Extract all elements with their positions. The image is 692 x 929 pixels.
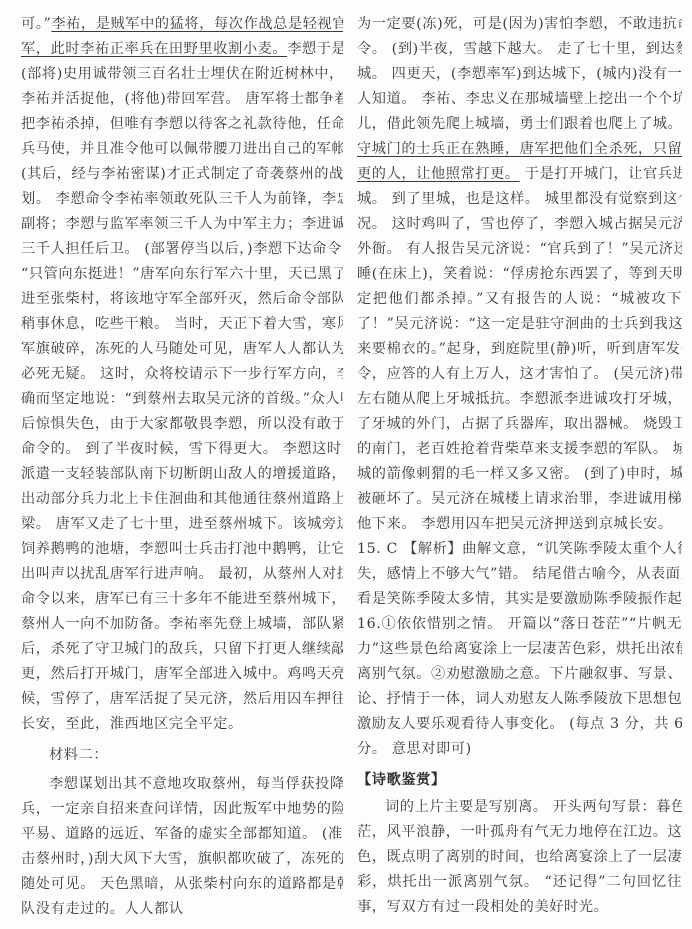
text-span: 况。 这时鸡叫了，雪也停了，李愬入城占据吴元济的 [357, 216, 682, 232]
text-span: 划。 李愬命令李祐率领敢死队三千人为前锋，李忠义为 [21, 191, 343, 207]
translation-line: 三千人担任后卫。 (部署停当以后，)李愬下达命令说： [21, 237, 343, 262]
answer-line: 定把他们都杀掉。”又有报告的人说：“城被攻下 [357, 287, 682, 312]
translation-line: 可。”李祐，是贼军中的猛将，每次作战总是轻视官 [21, 12, 343, 37]
translation-line: 命令的。 到了半夜时候，雪下得更大。 李愬这时一面 [21, 437, 343, 462]
underlined-text: 更的人，让他照常打更。 [357, 166, 520, 182]
text-span: 色，既点明了离别的时间，也给离宴涂上了一层凄苦色 [357, 849, 682, 865]
text-span: 了！”吴元济说：“这一定是驻守洄曲的士兵到我这里 [357, 316, 682, 332]
text-span: 左右随从爬上牙城抵抗。李愬派李进诚攻打牙城，砸烂 [357, 391, 682, 407]
answer-line: 为一定要(冻)死，可是(因为)害怕李愬，不敢违抗命 [357, 12, 682, 37]
answer-line: 离别气氛。②劝慰激励之意。下片融叙事、写景、议 [357, 662, 682, 687]
text-span: 了牙城的外门，占据了兵器库，取出器械。 烧毁卫城 [357, 416, 682, 432]
translation-line: 蔡州人一向不加防备。李祐率先登上城墙，部队紧随其 [21, 612, 343, 637]
translation-line: 梁。 唐军又走了七十里，进至蔡州城下。该城旁边都是 [21, 512, 343, 537]
translation-line: 军，此时李祐正率兵在田野里收割小麦。李愬于是派遣 [21, 37, 343, 62]
text-span: 儿，借此领先爬上城墙，勇士们跟着也爬上了城。 [357, 116, 682, 132]
text-span: 于是打开城门，让官兵进 [520, 166, 682, 182]
text-span: (其后，经与李祐密谋)才正式制定了奇袭蔡州的战略计 [21, 166, 343, 182]
translation-line: 副将；李愬与监军率领三千人为中军主力；李进诚率领 [21, 212, 343, 237]
text-span: 蔡州人一向不加防备。李祐率先登上城墙，部队紧随其 [21, 616, 343, 632]
answer-line: 被砸坏了。吴元济在城楼上请求治罪，李进诚用梯子引 [357, 487, 682, 512]
translation-line: 后，杀死了守卫城门的敌兵，只留下打更人继续敲梆报 [21, 637, 343, 662]
answer-line: 更的人，让他照常打更。 于是打开城门，让官兵进 [357, 162, 682, 187]
text-span: 确而坚定地说：“到蔡州去取吴元济的首级。”众人听 [21, 391, 343, 407]
text-span: 击蔡州时，)刮大风下大雪，旗帜都吹破了，冻死的人马 [21, 851, 343, 867]
text-span: 李祐并活捉他，(将他)带回军营。 唐军将士都争着请求 [21, 91, 343, 107]
answer-line: 15. C 【解析】曲解文意，“讥笑陈季陵太重个人得 [357, 537, 682, 562]
material-two-line: 兵，一定亲自招来查问详情，因此叛军中地势的险要和 [21, 797, 343, 822]
material-two-line: 队没有走过的。人人都认 [21, 897, 343, 922]
text-span: 彩，烘托出一派离别气氛。 “还记得”二句回忆往 [357, 874, 682, 890]
text-span: 饲养鹅鸭的池塘，李愬叫士兵击打池中鹅鸭，让它们发 [21, 541, 343, 557]
text-span: (部将)史用诚带领三百名壮士埋伏在附近树林中，引诱 [21, 66, 343, 82]
text-span: 长安，至此，淮西地区完全平定。 [21, 716, 243, 732]
translation-line: 饲养鹅鸭的池塘，李愬叫士兵击打池中鹅鸭，让它们发 [21, 537, 343, 562]
translation-line: 划。 李愬命令李祐率领敢死队三千人为前锋，李忠义为 [21, 187, 343, 212]
material-two-line: 随处可见。 天色黑暗，从张柴村向东的道路都是朝廷军 [21, 872, 343, 897]
translation-line: 长安，至此，淮西地区完全平定。 [21, 712, 343, 737]
text-span: 被砸坏了。吴元济在城楼上请求治罪，李进诚用梯子引 [357, 491, 682, 507]
translation-line: 稍事休息，吃些干粮。 当时，天正下着大雪，寒风刮得 [21, 312, 343, 337]
translation-line: 更，然后打开城门，唐军全部进入城中。鸡鸣天亮时 [21, 662, 343, 687]
text-span: 论、抒情于一体，词人劝慰友人陈季陵放下思想包袱， [357, 691, 682, 707]
text-span: 定把他们都杀掉。”又有报告的人说：“城被攻下 [357, 291, 682, 307]
material-two-line: 李愬谋划出其不意地攻取蔡州，每当俘获投降的士 [21, 772, 343, 797]
appreciation-line: 词的上片主要是写别离。 开头两句写景：暮色苍 [357, 795, 682, 820]
text-span: 词的上片主要是写别离。 开头两句写景：暮色苍 [385, 799, 682, 815]
text-span: 后，杀死了守卫城门的敌兵，只留下打更人继续敲梆报 [21, 641, 343, 657]
text-span: “只管向东挺进！”唐军向东行军六十里，天已黑了， [21, 266, 343, 282]
translation-line: 派遣一支轻装部队南下切断朗山敌人的增援道路， 一面 [21, 462, 343, 487]
text-span: 梁。 唐军又走了七十里，进至蔡州城下。该城旁边都是 [21, 516, 343, 532]
answer-line: 激励友人要乐观看待人事变化。 (每点 3 分，共 6 [357, 712, 682, 737]
text-span: 随处可见。 天色黑暗，从张柴村向东的道路都是朝廷军 [21, 876, 343, 892]
translation-line: 把李祐杀掉，但唯有李愬以待客之礼款待他，任命他为 [21, 112, 343, 137]
appreciation-line: 事，写双方有过一段相处的美好时光。 [357, 895, 682, 920]
text-span: 队没有走过的。人人都认 [21, 901, 184, 917]
text-span: 激励友人要乐观看待人事变化。 (每点 3 分，共 6 [357, 716, 682, 732]
translation-line: 出叫声以扰乱唐军行进声响。 最初，从蔡州人对抗朝廷 [21, 562, 343, 587]
right-column: 为一定要(冻)死，可是(因为)害怕李愬，不敢违抗命令。 (到)半夜，雪越下越大。… [357, 12, 682, 920]
text-span: 城。 到了里城，也是这样。 城里都没有觉察到这个情 [357, 191, 682, 207]
underlined-text: 李祐，是贼军中的猛将，每次作战总是轻视官 [51, 16, 343, 32]
text-span: 出叫声以扰乱唐军行进声响。 最初，从蔡州人对抗朝廷 [21, 566, 343, 582]
text-span: 分。 意思对即可) [357, 741, 472, 757]
text-span: 候，雪停了，唐军活捉了吴元济，然后用囚车押往京城 [21, 691, 343, 707]
text-span: 令。 (到)半夜，雪越下越大。 走了七十里，到达蔡州 [357, 41, 682, 57]
translation-line: 进至张柴村，将该地守军全部歼灭，然后命令部队就地 [21, 287, 343, 312]
text-span: 15. C 【解析】曲解文意，“讥笑陈季陵太重个人得 [357, 541, 682, 557]
text-span: 兵，一定亲自招来查问详情，因此叛军中地势的险要和 [21, 801, 343, 817]
text-span: 平易、道路的远近、军备的虚实全部都知道。 (准备袭 [21, 826, 343, 842]
text-span: 事，写双方有过一段相处的美好时光。 [357, 899, 608, 915]
text-span: 城。 四更天，(李愬率军)到达城下，(城内)没有一个 [357, 66, 682, 82]
text-span: 李愬于是派遣 [287, 41, 343, 57]
appreciation-line: 彩，烘托出一派离别气氛。 “还记得”二句回忆往 [357, 870, 682, 895]
answer-line: 儿，借此领先爬上城墙，勇士们跟着也爬上了城。 看 [357, 112, 682, 137]
translation-line: 必死无疑。 这时，众将校请示下一步行军方向，李愬明 [21, 362, 343, 387]
text-span: 失，感情上不够大气”错。 结尾借古喻今，从表面上 [357, 566, 682, 582]
text-span: 茫，风平浪静，一叶孤舟有气无力地停在江边。这些景 [357, 824, 682, 840]
text-span: 城的箭像刺猬的毛一样又多又密。 (到了)申时，城门 [357, 466, 682, 482]
appreciation-line: 茫，风平浪静，一叶孤舟有气无力地停在江边。这些景 [357, 820, 682, 845]
answer-line: 分。 意思对即可) [357, 737, 682, 762]
translation-line: “只管向东挺进！”唐军向东行军六十里，天已黑了， [21, 262, 343, 287]
text-span: 必死无疑。 这时，众将校请示下一步行军方向，李愬明 [21, 366, 343, 382]
answer-line: 论、抒情于一体，词人劝慰友人陈季陵放下思想包袱， [357, 687, 682, 712]
text-span: 派遣一支轻装部队南下切断朗山敌人的增援道路， 一面 [21, 466, 343, 482]
answer-line: 守城门的士兵正在熟睡，唐军把他们全杀死，只留下打 [357, 137, 682, 162]
text-span: 睡(在床上)，笑着说：“俘虏抢东西罢了，等到天明一 [357, 266, 682, 282]
answer-line: 令，应答的人有上万人，这才害怕了。 (吴元济)带领 [357, 362, 682, 387]
answer-line: 了！”吴元济说：“这一定是驻守洄曲的士兵到我这里 [357, 312, 682, 337]
answer-line: 左右随从爬上牙城抵抗。李愬派李进诚攻打牙城，砸烂 [357, 387, 682, 412]
translation-line: 军旗破碎，冻死的人马随处可见，唐军人人都认为此番 [21, 337, 343, 362]
text-span: 16.①依依惜别之情。 开篇以“落日苍茫”“片帆无 [357, 616, 682, 632]
translation-line: (其后，经与李祐密谋)才正式制定了奇袭蔡州的战略计 [21, 162, 343, 187]
text-span: 出动部分兵力北上卡住洄曲和其他通往蔡州道路上的桥 [21, 491, 343, 507]
text-span: 军旗破碎，冻死的人马随处可见，唐军人人都认为此番 [21, 341, 343, 357]
text-span: 可。” [21, 16, 51, 32]
answer-line: 16.①依依惜别之情。 开篇以“落日苍茫”“片帆无 [357, 612, 682, 637]
answer-line: 他下来。 李愬用囚车把吴元济押送到京城长安。 [357, 512, 682, 537]
answer-line: 的南门，老百姓抢着背柴草来支援李愬的军队。 城上 [357, 437, 682, 462]
answer-line: 失，感情上不够大气”错。 结尾借古喻今，从表面上 [357, 562, 682, 587]
text-span: 把李祐杀掉，但唯有李愬以待客之礼款待他，任命他为 [21, 116, 343, 132]
text-span: 三千人担任后卫。 (部署停当以后，)李愬下达命令说： [21, 241, 343, 257]
text-span: 后惊惧失色，由于大家都敬畏李愬，所以没有敢于违抗 [21, 416, 343, 432]
material-two-line: 平易、道路的远近、军备的虚实全部都知道。 (准备袭 [21, 822, 343, 847]
text-span: 来要棉衣的。”起身，到庭院里(静)听，听到唐军发号 [357, 341, 682, 357]
text-span: 人知道。 李祐、李忠义在那城墙壁上挖出一个个坑 [357, 91, 682, 107]
left-column: 可。”李祐，是贼军中的猛将，每次作战总是轻视官军，此时李祐正率兵在田野里收割小麦… [21, 12, 343, 922]
translation-line: 李祐并活捉他，(将他)带回军营。 唐军将士都争着请求 [21, 87, 343, 112]
text-span: 稍事休息，吃些干粮。 当时，天正下着大雪，寒风刮得 [21, 316, 343, 332]
text-span: 为一定要(冻)死，可是(因为)害怕李愬，不敢违抗命 [357, 16, 682, 32]
text-span: 命令的。 到了半夜时候，雪下得更大。 李愬这时一面 [21, 441, 343, 457]
text-span: 力”这些景色给离宴涂上一层凄苦色彩，烘托出浓郁的 [357, 641, 682, 657]
appreciation-line: 色，既点明了离别的时间，也给离宴涂上了一层凄苦色 [357, 845, 682, 870]
material-two-heading: 材料二： [21, 743, 343, 768]
underlined-text: 军，此时李祐正率兵在田野里收割小麦。 [21, 41, 287, 57]
answer-line: 城的箭像刺猬的毛一样又多又密。 (到了)申时，城门 [357, 462, 682, 487]
text-span: 的南门，老百姓抢着背柴草来支援李愬的军队。 城上 [357, 441, 682, 457]
translation-line: (部将)史用诚带领三百名壮士埋伏在附近树林中，引诱 [21, 62, 343, 87]
text-span: 他下来。 李愬用囚车把吴元济押送到京城长安。 [357, 516, 673, 532]
translation-line: 确而坚定地说：“到蔡州去取吴元济的首级。”众人听 [21, 387, 343, 412]
material-two-line: 击蔡州时，)刮大风下大雪，旗帜都吹破了，冻死的人马 [21, 847, 343, 872]
answer-line: 看是笑陈季陵太多情，其实是要激励陈季陵振作起来。 [357, 587, 682, 612]
answer-line: 外衙。 有人报告吴元济说：“官兵到了！”吴元济还 [357, 237, 682, 262]
text-span: 命令以来，唐军已有三十多年不能进至蔡州城下，所以 [21, 591, 343, 607]
text-span: 副将；李愬与监军率领三千人为中军主力；李进诚率领 [21, 216, 343, 232]
translation-line: 命令以来，唐军已有三十多年不能进至蔡州城下，所以 [21, 587, 343, 612]
text-span: 李愬谋划出其不意地攻取蔡州，每当俘获投降的士 [49, 776, 343, 792]
answer-line: 睡(在床上)，笑着说：“俘虏抢东西罢了，等到天明一 [357, 262, 682, 287]
text-span: 进至张柴村，将该地守军全部歼灭，然后命令部队就地 [21, 291, 343, 307]
text-span: 外衙。 有人报告吴元济说：“官兵到了！”吴元济还 [357, 241, 682, 257]
text-span: 更，然后打开城门，唐军全部进入城中。鸡鸣天亮时 [21, 666, 343, 682]
answer-line: 况。 这时鸡叫了，雪也停了，李愬入城占据吴元济的 [357, 212, 682, 237]
text-span: 令，应答的人有上万人，这才害怕了。 (吴元济)带领 [357, 366, 682, 382]
document-page: 可。”李祐，是贼军中的猛将，每次作战总是轻视官军，此时李祐正率兵在田野里收割小麦… [0, 0, 692, 929]
answer-line: 令。 (到)半夜，雪越下越大。 走了七十里，到达蔡州 [357, 37, 682, 62]
answer-line: 人知道。 李祐、李忠义在那城墙壁上挖出一个个坑 [357, 87, 682, 112]
underlined-text: 守城门的士兵正在熟睡，唐军把他们全杀死，只留下打 [357, 141, 682, 157]
answer-line: 力”这些景色给离宴涂上一层凄苦色彩，烘托出浓郁的 [357, 637, 682, 662]
text-span: 离别气氛。②劝慰激励之意。下片融叙事、写景、议 [357, 666, 682, 682]
translation-line: 兵马使，并且准令他可以佩带腰刀进出自己的军帐。 [21, 137, 343, 162]
poetry-appreciation-heading: 【诗歌鉴赏】 [357, 768, 682, 793]
translation-line: 候，雪停了，唐军活捉了吴元济，然后用囚车押往京城 [21, 687, 343, 712]
answer-line: 城。 到了里城，也是这样。 城里都没有觉察到这个情 [357, 187, 682, 212]
answer-line: 来要棉衣的。”起身，到庭院里(静)听，听到唐军发号 [357, 337, 682, 362]
answer-line: 城。 四更天，(李愬率军)到达城下，(城内)没有一个 [357, 62, 682, 87]
translation-line: 后惊惧失色，由于大家都敬畏李愬，所以没有敢于违抗 [21, 412, 343, 437]
text-span: 看是笑陈季陵太多情，其实是要激励陈季陵振作起来。 [357, 591, 682, 607]
answer-line: 了牙城的外门，占据了兵器库，取出器械。 烧毁卫城 [357, 412, 682, 437]
translation-line: 出动部分兵力北上卡住洄曲和其他通往蔡州道路上的桥 [21, 487, 343, 512]
text-span: 兵马使，并且准令他可以佩带腰刀进出自己的军帐。 [21, 141, 343, 157]
